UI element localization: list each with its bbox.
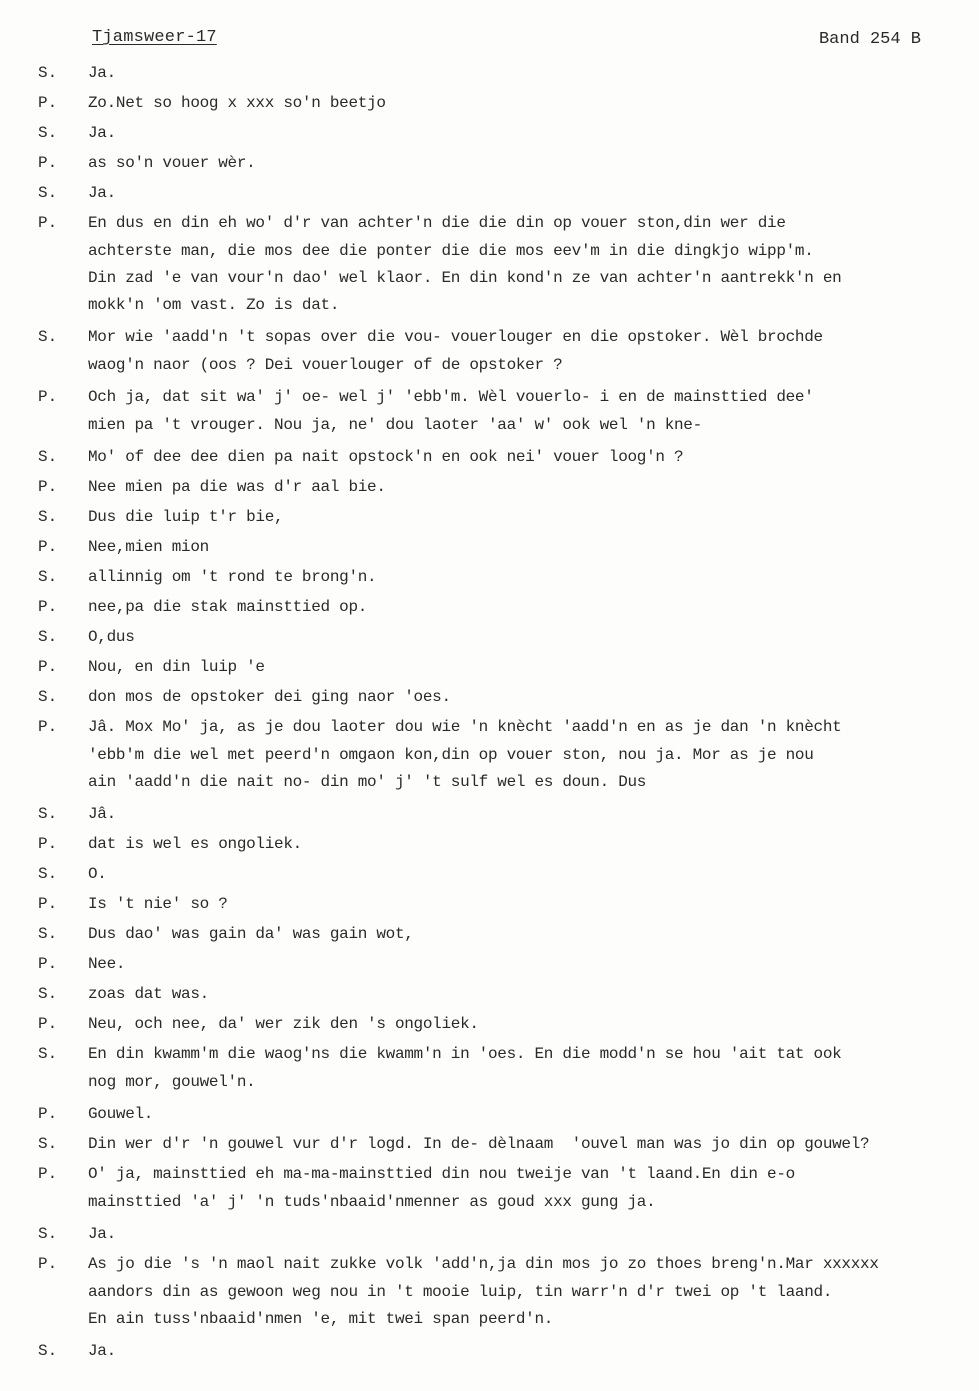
speaker-label: P. <box>38 1009 88 1039</box>
document-page: Tjamsweer-17 Band 254 B S.Ja.P.Zo.Net so… <box>0 0 979 1391</box>
utterance: Nee,mien mion <box>88 532 968 562</box>
speaker-label: S. <box>38 979 88 1009</box>
utterance-line: Nee mien pa die was d'r aal bie. <box>88 472 968 502</box>
transcript-turn: S.O. <box>38 859 968 889</box>
transcript-turn: P.O' ja, mainsttied eh ma-ma-mainsttied … <box>38 1159 968 1219</box>
utterance: Jâ. Mox Mo' ja, as je dou laoter dou wie… <box>88 712 968 799</box>
utterance-line: Mo' of dee dee dien pa nait opstock'n en… <box>88 442 968 472</box>
utterance: Nou, en din luip 'e <box>88 652 968 682</box>
speaker-label: P. <box>38 1249 88 1279</box>
speaker-label: P. <box>38 592 88 622</box>
speaker-label: S. <box>38 118 88 148</box>
utterance-line: allinnig om 't rond te brong'n. <box>88 562 968 592</box>
transcript-turn: S.Ja. <box>38 178 968 208</box>
transcript-turn: S.allinnig om 't rond te brong'n. <box>38 562 968 592</box>
document-title: Tjamsweer-17 <box>92 28 217 47</box>
utterance-line: Din zad 'e van vour'n dao' wel klaor. En… <box>88 265 968 292</box>
transcript-turn: S.Dus die luip t'r bie, <box>38 502 968 532</box>
transcript-turn: P.Is 't nie' so ? <box>38 889 968 919</box>
transcript-turn: S.Ja. <box>38 1336 968 1366</box>
utterance-line: ain 'aadd'n die nait no- din mo' j' 't s… <box>88 769 968 799</box>
utterance: don mos de opstoker dei ging naor 'oes. <box>88 682 968 712</box>
utterance: Is 't nie' so ? <box>88 889 968 919</box>
speaker-label: S. <box>38 1039 88 1069</box>
utterance-line: Nee,mien mion <box>88 532 968 562</box>
transcript-turn: S.Ja. <box>38 118 968 148</box>
transcript-turn: S.Ja. <box>38 1219 968 1249</box>
utterance: allinnig om 't rond te brong'n. <box>88 562 968 592</box>
utterance-line: Nee. <box>88 949 968 979</box>
transcript-turn: P.Neu, och nee, da' wer zik den 's ongol… <box>38 1009 968 1039</box>
speaker-label: S. <box>38 178 88 208</box>
utterance: Ja. <box>88 118 968 148</box>
utterance: Nee. <box>88 949 968 979</box>
transcript-turn: P.dat is wel es ongoliek. <box>38 829 968 859</box>
transcript-turn: P.As jo die 's 'n maol nait zukke volk '… <box>38 1249 968 1336</box>
utterance-line: waog'n naor (oos ? Dei vouerlouger of de… <box>88 352 968 382</box>
utterance-line: Jâ. Mox Mo' ja, as je dou laoter dou wie… <box>88 712 968 742</box>
transcript-turn: P.nee,pa die stak mainsttied op. <box>38 592 968 622</box>
transcript-turn: P.Zo.Net so hoog x xxx so'n beetjo <box>38 88 968 118</box>
transcript-turn: S.Jâ. <box>38 799 968 829</box>
transcript-turn: P.Och ja, dat sit wa' j' oe- wel j' 'ebb… <box>38 382 968 442</box>
utterance-line: dat is wel es ongoliek. <box>88 829 968 859</box>
utterance: Zo.Net so hoog x xxx so'n beetjo <box>88 88 968 118</box>
speaker-label: P. <box>38 1099 88 1129</box>
speaker-label: S. <box>38 1129 88 1159</box>
utterance: Mor wie 'aadd'n 't sopas over die vou- v… <box>88 322 968 382</box>
transcript-turn: P.Gouwel. <box>38 1099 968 1129</box>
transcript-turn: P.Nee. <box>38 949 968 979</box>
utterance-line: nee,pa die stak mainsttied op. <box>88 592 968 622</box>
utterance-line: aandors din as gewoon weg nou in 't mooi… <box>88 1279 968 1306</box>
utterance-line: En din kwamm'm die waog'ns die kwamm'n i… <box>88 1039 968 1069</box>
transcript-turn: P.Nee,mien mion <box>38 532 968 562</box>
utterance: Jâ. <box>88 799 968 829</box>
speaker-label: S. <box>38 919 88 949</box>
utterance-line: Is 't nie' so ? <box>88 889 968 919</box>
utterance-line: Jâ. <box>88 799 968 829</box>
speaker-label: P. <box>38 712 88 742</box>
speaker-label: P. <box>38 829 88 859</box>
transcript-turn: S.Din wer d'r 'n gouwel vur d'r logd. In… <box>38 1129 968 1159</box>
utterance: En dus en din eh wo' d'r van achter'n di… <box>88 208 968 322</box>
speaker-label: S. <box>38 1219 88 1249</box>
utterance-line: Nou, en din luip 'e <box>88 652 968 682</box>
transcript-turn: P.Nee mien pa die was d'r aal bie. <box>38 472 968 502</box>
utterance: Ja. <box>88 178 968 208</box>
utterance: dat is wel es ongoliek. <box>88 829 968 859</box>
speaker-label: P. <box>38 1159 88 1189</box>
utterance-line: En ain tuss'nbaaid'nmen 'e, mit twei spa… <box>88 1306 968 1336</box>
speaker-label: P. <box>38 532 88 562</box>
utterance: As jo die 's 'n maol nait zukke volk 'ad… <box>88 1249 968 1336</box>
speaker-label: S. <box>38 58 88 88</box>
utterance: Och ja, dat sit wa' j' oe- wel j' 'ebb'm… <box>88 382 968 442</box>
utterance: Ja. <box>88 1219 968 1249</box>
utterance-line: O' ja, mainsttied eh ma-ma-mainsttied di… <box>88 1159 968 1189</box>
utterance: Ja. <box>88 1336 968 1366</box>
utterance-line: Zo.Net so hoog x xxx so'n beetjo <box>88 88 968 118</box>
speaker-label: S. <box>38 799 88 829</box>
speaker-label: S. <box>38 562 88 592</box>
speaker-label: P. <box>38 208 88 238</box>
utterance-line: Ja. <box>88 1336 968 1366</box>
speaker-label: P. <box>38 652 88 682</box>
utterance-line: As jo die 's 'n maol nait zukke volk 'ad… <box>88 1249 968 1279</box>
speaker-label: P. <box>38 88 88 118</box>
transcript-turn: S.zoas dat was. <box>38 979 968 1009</box>
utterance: Gouwel. <box>88 1099 968 1129</box>
utterance: Ja. <box>88 58 968 88</box>
speaker-label: S. <box>38 859 88 889</box>
tape-reference: Band 254 B <box>819 30 921 49</box>
speaker-label: S. <box>38 1336 88 1366</box>
utterance-line: Och ja, dat sit wa' j' oe- wel j' 'ebb'm… <box>88 382 968 412</box>
utterance-line: Dus dao' was gain da' was gain wot, <box>88 919 968 949</box>
utterance-line: En dus en din eh wo' d'r van achter'n di… <box>88 208 968 238</box>
speaker-label: S. <box>38 322 88 352</box>
utterance: O' ja, mainsttied eh ma-ma-mainsttied di… <box>88 1159 968 1219</box>
transcript: S.Ja.P.Zo.Net so hoog x xxx so'n beetjoS… <box>38 58 968 1366</box>
utterance-line: Ja. <box>88 58 968 88</box>
transcript-turn: P.En dus en din eh wo' d'r van achter'n … <box>38 208 968 322</box>
utterance: Mo' of dee dee dien pa nait opstock'n en… <box>88 442 968 472</box>
transcript-turn: S.En din kwamm'm die waog'ns die kwamm'n… <box>38 1039 968 1099</box>
utterance-line: Dus die luip t'r bie, <box>88 502 968 532</box>
utterance: O. <box>88 859 968 889</box>
transcript-turn: S.Mo' of dee dee dien pa nait opstock'n … <box>38 442 968 472</box>
utterance: as so'n vouer wèr. <box>88 148 968 178</box>
utterance-line: mien pa 't vrouger. Nou ja, ne' dou laot… <box>88 412 968 442</box>
utterance-line: O. <box>88 859 968 889</box>
utterance-line: mainsttied 'a' j' 'n tuds'nbaaid'nmenner… <box>88 1189 968 1219</box>
transcript-turn: S.don mos de opstoker dei ging naor 'oes… <box>38 682 968 712</box>
utterance: En din kwamm'm die waog'ns die kwamm'n i… <box>88 1039 968 1099</box>
utterance-line: as so'n vouer wèr. <box>88 148 968 178</box>
utterance: Nee mien pa die was d'r aal bie. <box>88 472 968 502</box>
speaker-label: P. <box>38 889 88 919</box>
utterance: zoas dat was. <box>88 979 968 1009</box>
transcript-turn: P.Nou, en din luip 'e <box>38 652 968 682</box>
utterance-line: 'ebb'm die wel met peerd'n omgaon kon,di… <box>88 742 968 769</box>
utterance-line: Din wer d'r 'n gouwel vur d'r logd. In d… <box>88 1129 968 1159</box>
transcript-turn: S.Dus dao' was gain da' was gain wot, <box>38 919 968 949</box>
utterance: Din wer d'r 'n gouwel vur d'r logd. In d… <box>88 1129 968 1159</box>
utterance: nee,pa die stak mainsttied op. <box>88 592 968 622</box>
speaker-label: S. <box>38 502 88 532</box>
utterance-line: nog mor, gouwel'n. <box>88 1069 968 1099</box>
speaker-label: S. <box>38 622 88 652</box>
utterance: Neu, och nee, da' wer zik den 's ongolie… <box>88 1009 968 1039</box>
speaker-label: P. <box>38 148 88 178</box>
speaker-label: S. <box>38 682 88 712</box>
utterance-line: Ja. <box>88 1219 968 1249</box>
utterance-line: Gouwel. <box>88 1099 968 1129</box>
transcript-turn: S.Mor wie 'aadd'n 't sopas over die vou-… <box>38 322 968 382</box>
utterance: Dus dao' was gain da' was gain wot, <box>88 919 968 949</box>
transcript-turn: S.Ja. <box>38 58 968 88</box>
utterance-line: achterste man, die mos dee die ponter di… <box>88 238 968 265</box>
utterance-line: Mor wie 'aadd'n 't sopas over die vou- v… <box>88 322 968 352</box>
utterance-line: Ja. <box>88 118 968 148</box>
speaker-label: P. <box>38 472 88 502</box>
speaker-label: P. <box>38 949 88 979</box>
transcript-turn: P.as so'n vouer wèr. <box>38 148 968 178</box>
utterance-line: O,dus <box>88 622 968 652</box>
utterance-line: Ja. <box>88 178 968 208</box>
utterance-line: don mos de opstoker dei ging naor 'oes. <box>88 682 968 712</box>
utterance-line: mokk'n 'om vast. Zo is dat. <box>88 292 968 322</box>
utterance-line: zoas dat was. <box>88 979 968 1009</box>
speaker-label: P. <box>38 382 88 412</box>
speaker-label: S. <box>38 442 88 472</box>
utterance: O,dus <box>88 622 968 652</box>
transcript-turn: P.Jâ. Mox Mo' ja, as je dou laoter dou w… <box>38 712 968 799</box>
utterance: Dus die luip t'r bie, <box>88 502 968 532</box>
utterance-line: Neu, och nee, da' wer zik den 's ongolie… <box>88 1009 968 1039</box>
transcript-turn: S.O,dus <box>38 622 968 652</box>
